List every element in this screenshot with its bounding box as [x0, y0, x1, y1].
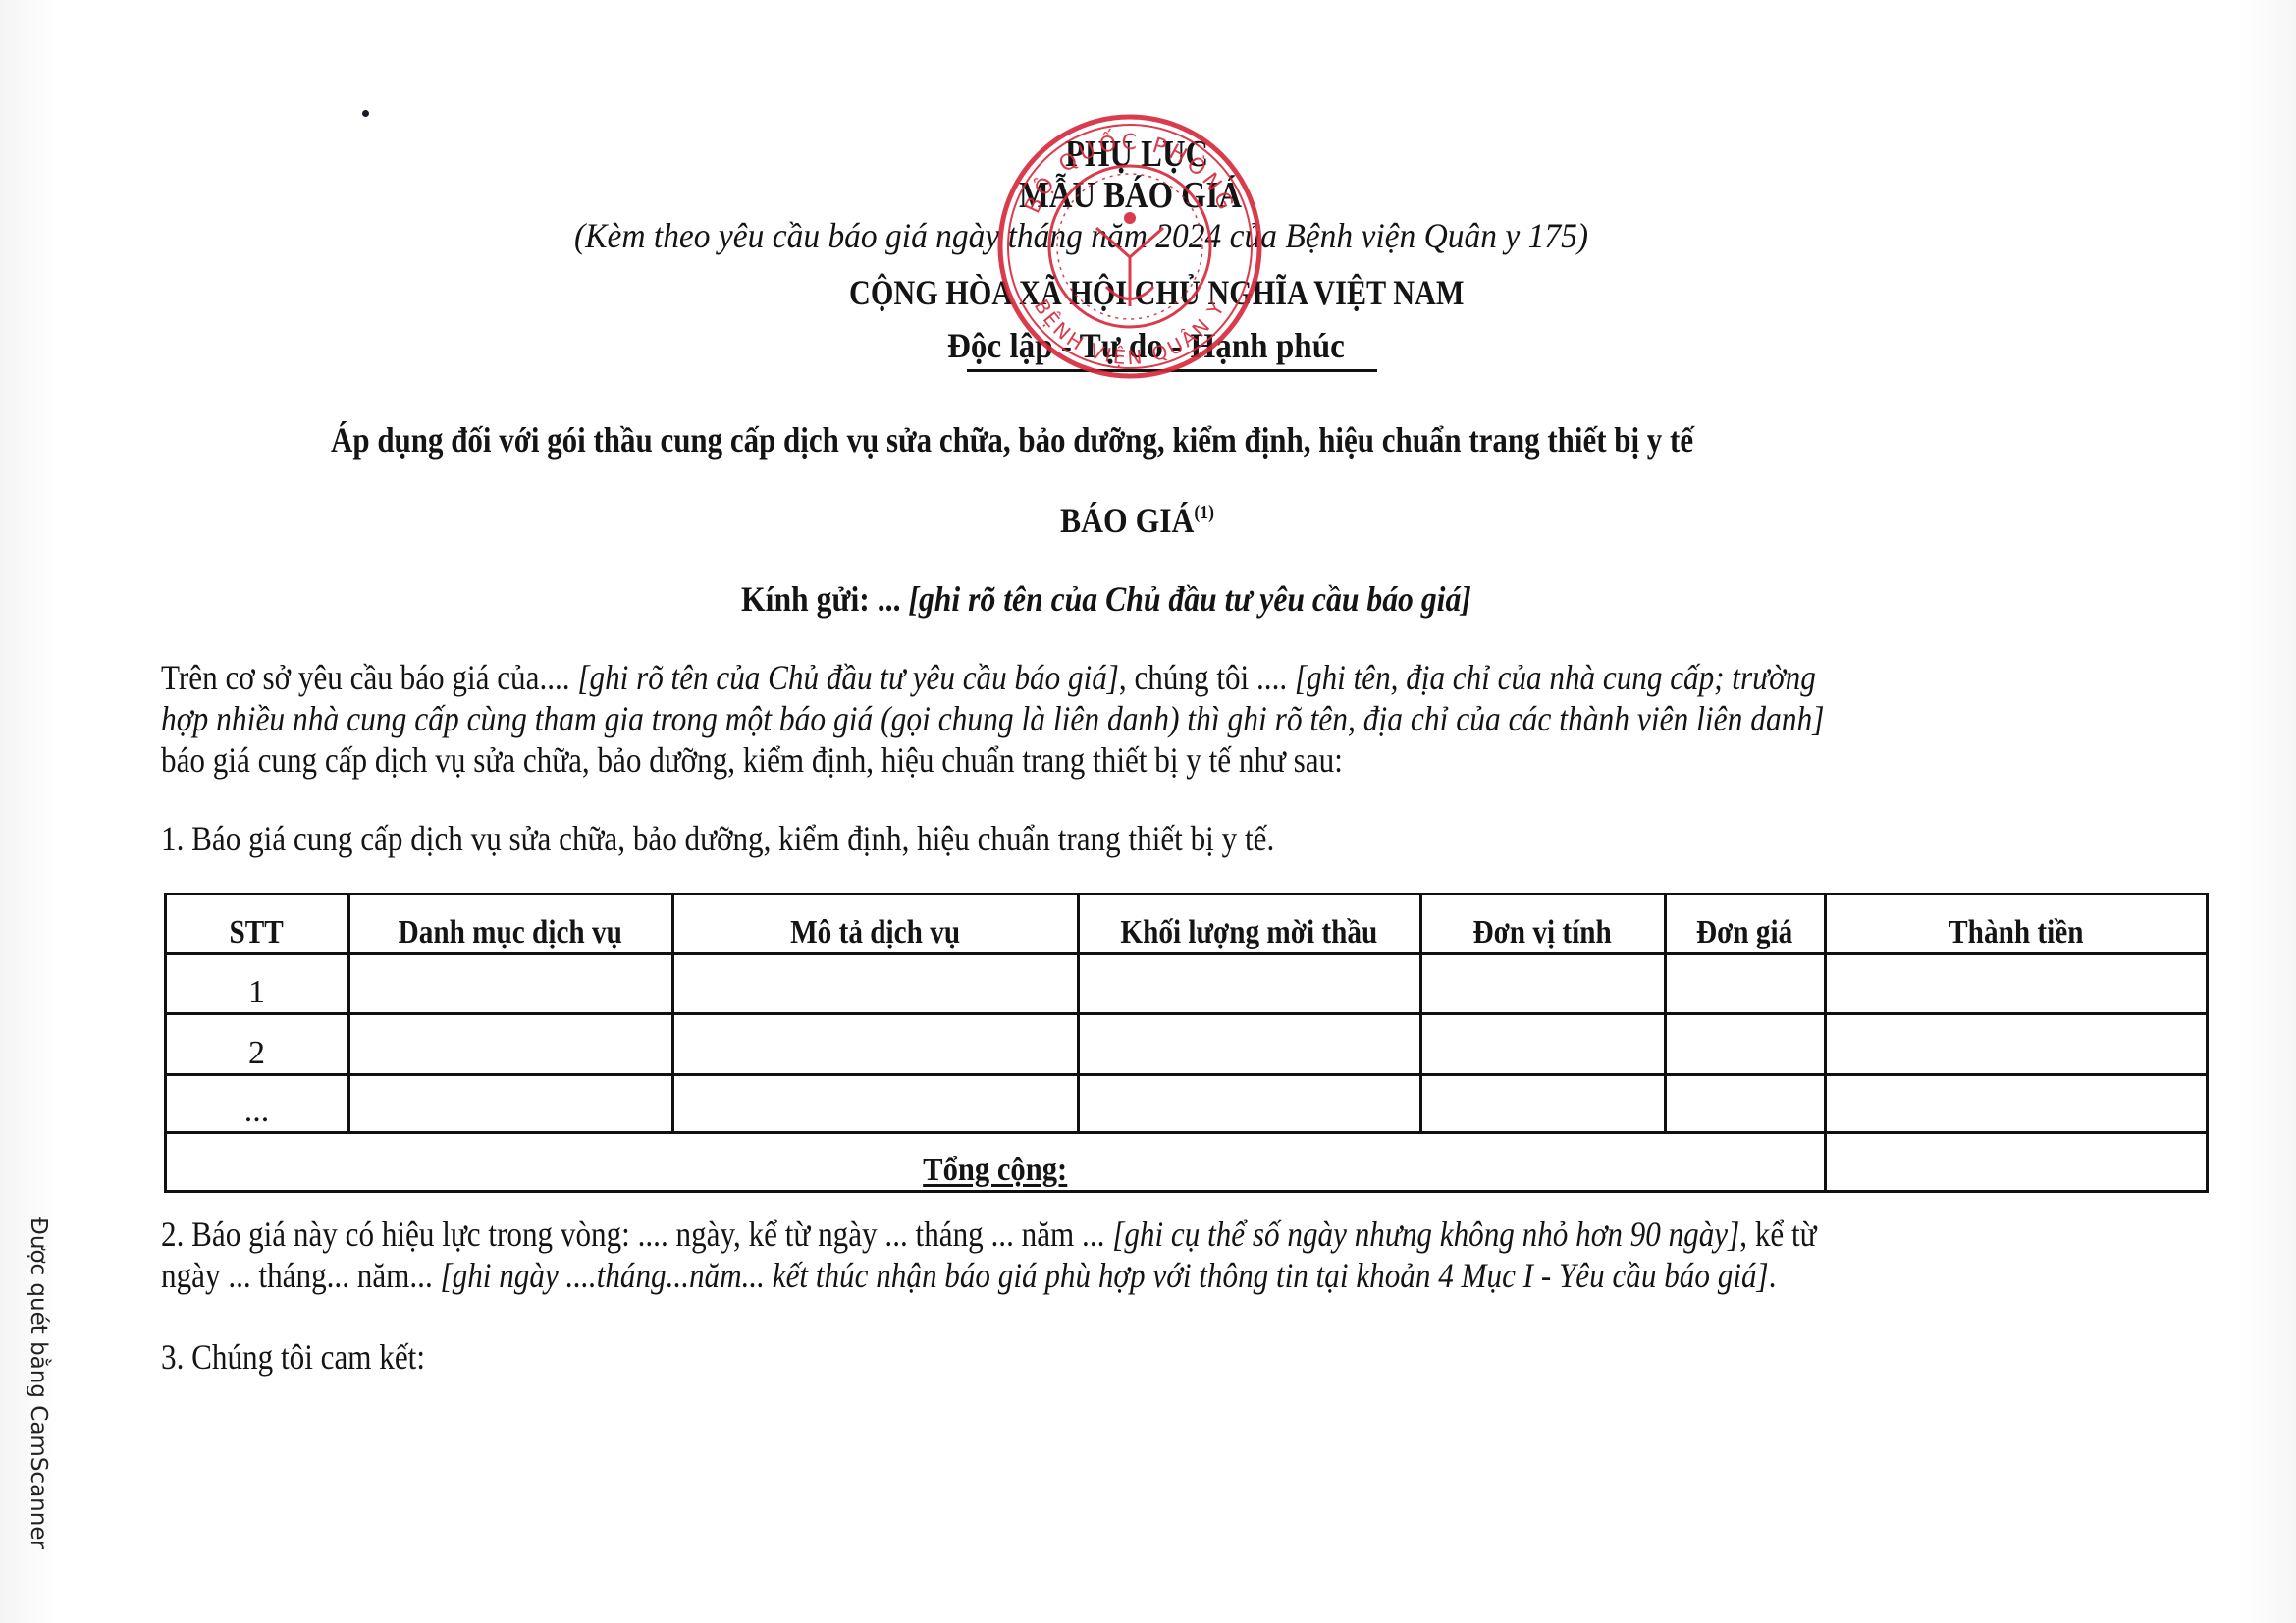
national-title: CỘNG HÒA XÃ HỘI CHỦ NGHĨA VIỆT NAM: [849, 275, 1581, 310]
table-header-cell: Thành tiền: [1825, 893, 2207, 953]
table-cell[interactable]: [672, 1074, 1078, 1132]
section-2-validity: 2. Báo giá này có hiệu lực trong vòng: .…: [161, 1214, 2208, 1296]
addressee-line: Kính gửi: ... [ghi rõ tên của Chủ đầu tư…: [741, 581, 1571, 617]
table-header-cell: Đơn vị tính: [1420, 893, 1665, 953]
table-cell[interactable]: [1078, 1074, 1420, 1132]
table-cell[interactable]: [1825, 953, 2207, 1013]
table-header-cell: Khối lượng mời thầu: [1078, 893, 1420, 953]
table-cell[interactable]: [1665, 1074, 1825, 1132]
table-cell[interactable]: [1665, 953, 1825, 1013]
table-total-label: Tổng cộng:: [923, 1154, 1067, 1187]
table-header-label: Đơn vị tính: [1473, 916, 1612, 949]
camscanner-watermark: Được quét bằng CamScanner: [26, 1217, 51, 1549]
table-header-cell: STT: [165, 893, 348, 953]
addressee-placeholder: [ghi rõ tên của Chủ đầu tư yêu cầu báo g…: [900, 579, 1470, 619]
table-cell[interactable]: [1825, 1013, 2207, 1074]
table-header-cell: Danh mục dịch vụ: [348, 893, 672, 953]
table-header-label: Khối lượng mời thầu: [1121, 916, 1378, 949]
appendix-title: PHỤ LỤC: [0, 135, 2296, 173]
intro-paragraph: Trên cơ sở yêu cầu báo giá của.... [ghi …: [161, 657, 2208, 781]
table-header-label: Thành tiền: [1949, 916, 2083, 949]
table-header-label: Đơn giá: [1696, 916, 1792, 949]
table-cell[interactable]: [1420, 953, 1665, 1013]
table-cell[interactable]: [1078, 1013, 1420, 1074]
table-cell[interactable]: [1825, 1074, 2207, 1132]
table-cell[interactable]: [1420, 1013, 1665, 1074]
table-row-number: 1: [165, 953, 348, 1013]
quote-title: BÁO GIÁ(1): [0, 503, 2296, 538]
table-cell[interactable]: [672, 953, 1078, 1013]
footnote-marker: (1): [1195, 502, 1215, 523]
table-cell[interactable]: [348, 1013, 672, 1074]
quote-table: STTDanh mục dịch vụMô tả dịch vụKhối lượ…: [165, 893, 2207, 1192]
table-cell[interactable]: [348, 953, 672, 1013]
table-total-value[interactable]: [1825, 1132, 2207, 1191]
section-1-heading: 1. Báo giá cung cấp dịch vụ sửa chữa, bả…: [161, 818, 2208, 859]
motto: Độc lập - Tự do - Hạnh phúc: [947, 328, 1379, 363]
form-title: MẪU BÁO GIÁ: [0, 177, 2296, 214]
table-cell[interactable]: [348, 1074, 672, 1132]
table-cell[interactable]: [1078, 953, 1420, 1013]
table-header-label: Mô tả dịch vụ: [790, 916, 960, 949]
table-header-cell: Mô tả dịch vụ: [672, 893, 1078, 953]
section-3-commitment: 3. Chúng tôi cam kết:: [161, 1336, 2208, 1378]
table-total-label-cell: Tổng cộng:: [165, 1132, 1825, 1191]
table-header-label: Danh mục dịch vụ: [399, 916, 622, 949]
scope-statement: Áp dụng đối với gói thầu cung cấp dịch v…: [331, 422, 1915, 458]
motto-underline: [967, 369, 1377, 372]
table-row-number: ...: [165, 1074, 348, 1132]
table-cell[interactable]: [672, 1013, 1078, 1074]
attachment-note: (Kèm theo yêu cầu báo giá ngày tháng năm…: [574, 218, 1665, 253]
scan-speck: [362, 110, 369, 117]
table-row-number: 2: [165, 1013, 348, 1074]
table-header-cell: Đơn giá: [1665, 893, 1825, 953]
table-cell[interactable]: [1420, 1074, 1665, 1132]
table-header-label: STT: [230, 916, 284, 949]
table-cell[interactable]: [1665, 1013, 1825, 1074]
